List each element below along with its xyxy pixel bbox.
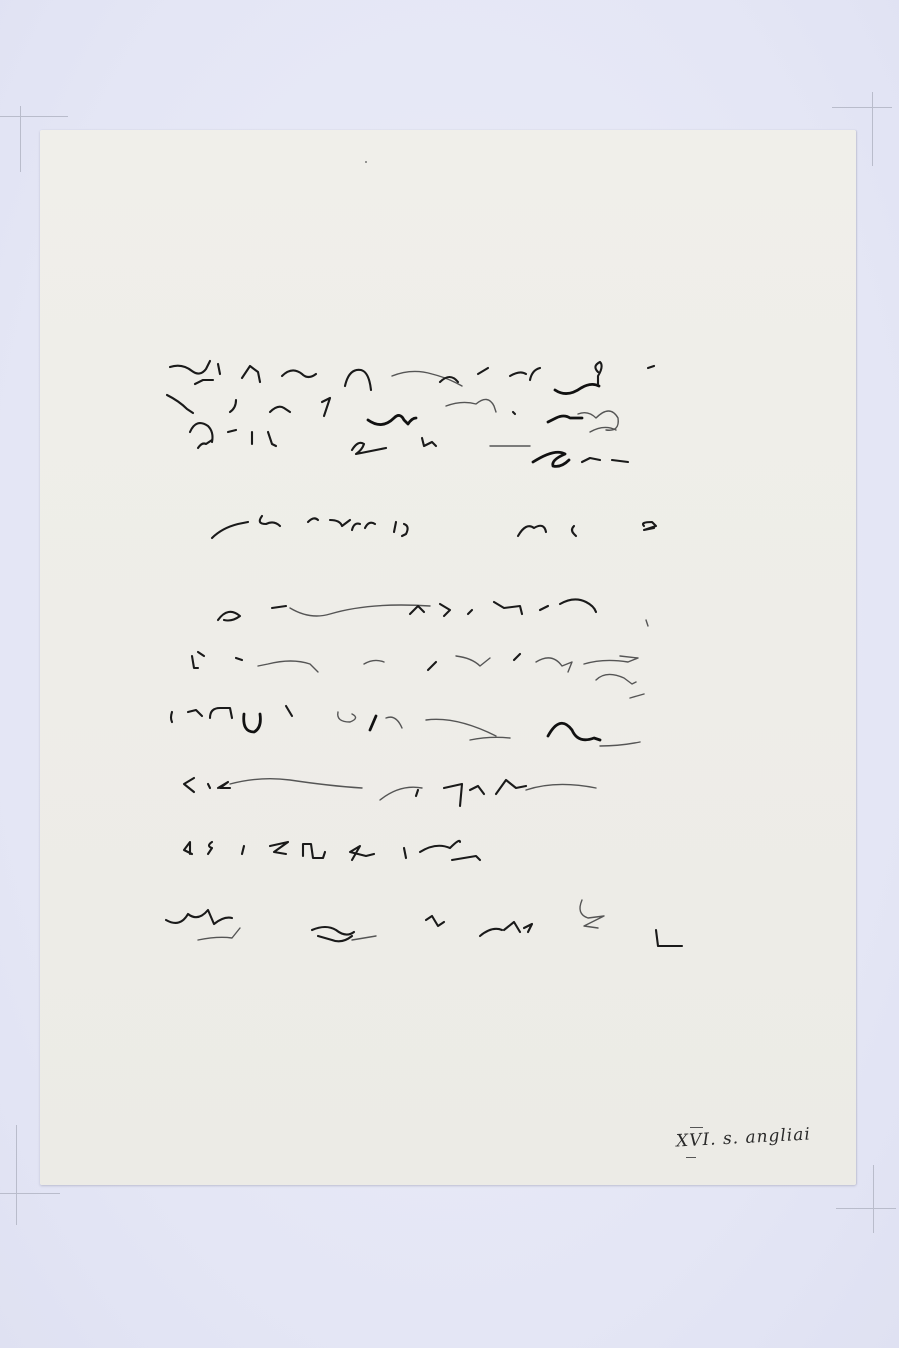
writing-line-8 (184, 778, 596, 806)
caption-underline (686, 1157, 696, 1158)
writing-line-4 (212, 516, 656, 538)
writing-line-2 (167, 395, 618, 432)
writing-line-3 (190, 423, 628, 466)
writing-line-9 (184, 841, 480, 860)
writing-line-6 (192, 652, 644, 698)
writing-line-10 (166, 900, 682, 946)
caption-overline (690, 1127, 703, 1128)
writing-line-7 (171, 706, 640, 746)
writing-line-1 (170, 361, 654, 394)
writing-line-5 (218, 599, 648, 626)
